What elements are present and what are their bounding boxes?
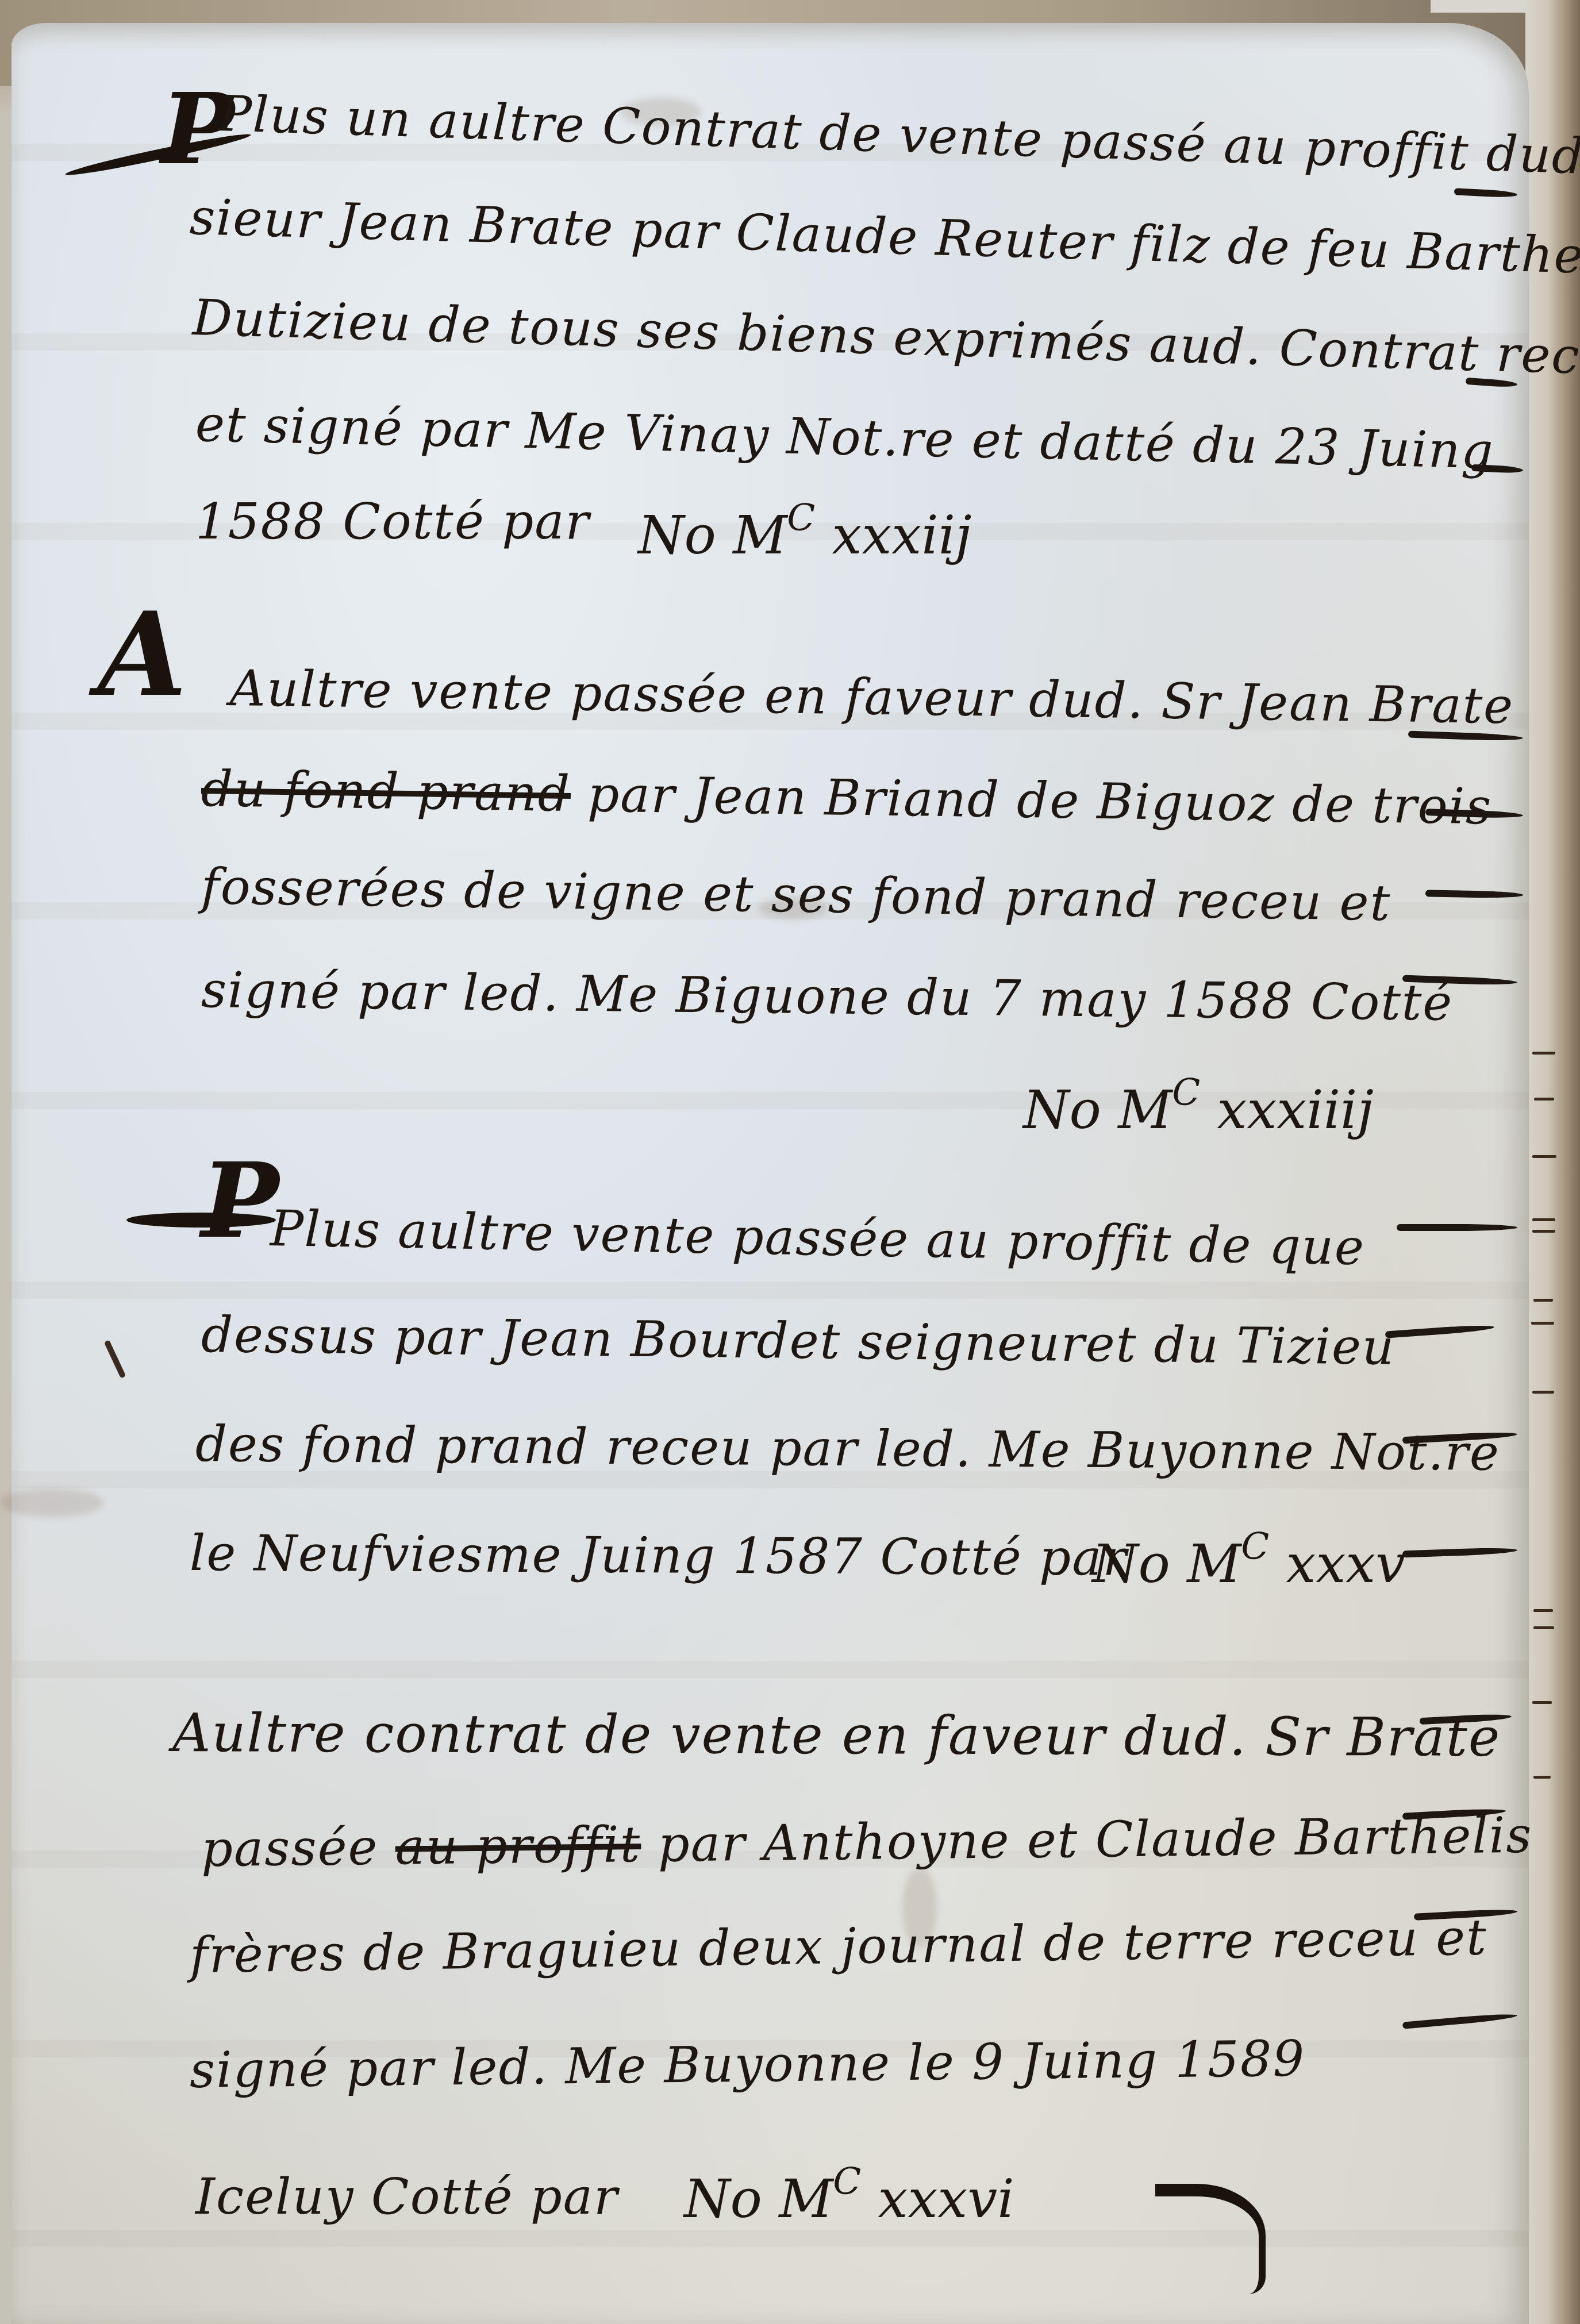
entry-1-line-3: Dutizieu de tous ses biens exprimés aud.… xyxy=(192,293,1580,383)
entry-2-cote: No MC xxxiiij xyxy=(1023,1075,1374,1137)
margin-tick-mark xyxy=(104,1340,126,1379)
entry-2-line-2: du fond prand par Jean Briand de Biguoz … xyxy=(201,764,1493,832)
spine-ink-mark xyxy=(1533,1776,1551,1779)
entry-4-line-2-start: passée xyxy=(201,1818,395,1878)
closing-flourish-icon xyxy=(1155,2184,1266,2294)
cote-prefix: No xyxy=(638,505,716,566)
entry-3-line-2: dessus par Jean Bourdet seigneuret du Ti… xyxy=(201,1310,1396,1372)
entry-2-line-2-rest: par Jean Briand de Biguoz de trois xyxy=(587,765,1493,836)
entry-3-cote: No MC xxxv xyxy=(1092,1529,1405,1591)
cote-sup: C xyxy=(1241,1526,1269,1568)
spine-ink-mark xyxy=(1534,1098,1554,1101)
spine-ink-mark xyxy=(1532,1391,1554,1394)
cote-prefix: No xyxy=(1023,1079,1101,1141)
cote-prefix: No xyxy=(684,2168,762,2230)
line-filler-stroke xyxy=(1454,188,1517,198)
line-filler-stroke xyxy=(1397,1224,1517,1231)
entry-4-cote: No MC xxxvi xyxy=(684,2164,1014,2226)
spine-ink-mark xyxy=(1532,1701,1552,1704)
struck-out-text: du fond prand xyxy=(201,760,571,823)
manuscript-page: P Plus un aultre Contrat de vente passé … xyxy=(11,23,1529,2324)
struck-out-text: au proffit xyxy=(395,1816,641,1876)
line-filler-stroke xyxy=(1385,1323,1494,1338)
ink-stain xyxy=(0,1488,103,1517)
entry-2-line-3: fosserées de vigne et ses fond prand rec… xyxy=(201,862,1391,928)
cote-sup: C xyxy=(1172,1072,1200,1114)
line-filler-stroke xyxy=(1402,1547,1517,1558)
spine-ink-mark xyxy=(1532,1218,1555,1221)
entry-1-line-5: 1588 Cotté par xyxy=(195,497,590,547)
entry-1-cote: No MC xxxiij xyxy=(638,500,972,562)
cote-roman: xxxiiij xyxy=(1217,1079,1374,1141)
entry-4-line-3: frères de Braguieu deux journal de terre… xyxy=(189,1913,1487,1980)
spine-ink-mark xyxy=(1533,1609,1553,1612)
entry-4-line-2: passée au proffit par Anthoyne et Claude… xyxy=(201,1811,1533,1874)
entry-4-line-1: Aultre contrat de vente en faveur dud. S… xyxy=(172,1707,1501,1764)
cote-prefix: No xyxy=(1092,1533,1170,1595)
paragraph-mark-icon: A xyxy=(98,598,187,713)
spine-ink-mark xyxy=(1531,1322,1554,1325)
spine-ink-mark xyxy=(1532,1230,1555,1233)
entry-2-line-1: Aultre vente passée en faveur dud. Sr Je… xyxy=(229,664,1514,731)
line-filler-stroke xyxy=(1425,890,1523,899)
cote-value: M xyxy=(1118,1079,1172,1141)
entry-4-line-5: Iceluy Cotté par xyxy=(195,2172,618,2222)
entry-3-line-3: des fond prand receu par led. Me Buyonne… xyxy=(195,1419,1500,1478)
spine-ink-mark xyxy=(1533,1299,1553,1302)
entry-2-line-4: signé par led. Me Biguone du 7 may 1588 … xyxy=(201,965,1454,1028)
cote-sup: C xyxy=(833,2161,861,2203)
cote-value: M xyxy=(779,2168,833,2230)
entry-4-line-2-rest: par Anthoyne et Claude Barthelis xyxy=(658,1807,1533,1873)
spine-ink-mark xyxy=(1532,1155,1556,1158)
cote-roman: xxxv xyxy=(1286,1533,1406,1595)
photograph-scene: P Plus un aultre Contrat de vente passé … xyxy=(0,0,1580,2324)
entry-1-line-4: et signé par Me Vinay Not.re et datté du… xyxy=(195,399,1494,476)
entry-3-line-1: Plus aultre vente passée au proffit de q… xyxy=(270,1204,1366,1272)
entry-3-line-4: le Neufviesme Juing 1587 Cotté par xyxy=(190,1529,1128,1583)
line-filler-stroke xyxy=(1402,2012,1517,2029)
entry-1-line-2: sieur Jean Brate par Claude Reuter filz … xyxy=(189,193,1580,284)
cote-roman: xxxiij xyxy=(832,505,972,566)
paragraph-mark-icon: P xyxy=(201,1149,279,1253)
spine-ink-mark xyxy=(1532,1052,1555,1055)
cote-value: M xyxy=(733,505,787,566)
cote-value: M xyxy=(1187,1533,1241,1595)
cote-roman: xxxvi xyxy=(878,2168,1014,2230)
cote-sup: C xyxy=(787,497,815,540)
entry-1-line-1: Plus un aultre Contrat de vente passé au… xyxy=(218,89,1580,182)
spine-ink-mark xyxy=(1533,1626,1554,1629)
entry-4-line-4: signé par led. Me Buyonne le 9 Juing 158… xyxy=(190,2034,1306,2095)
